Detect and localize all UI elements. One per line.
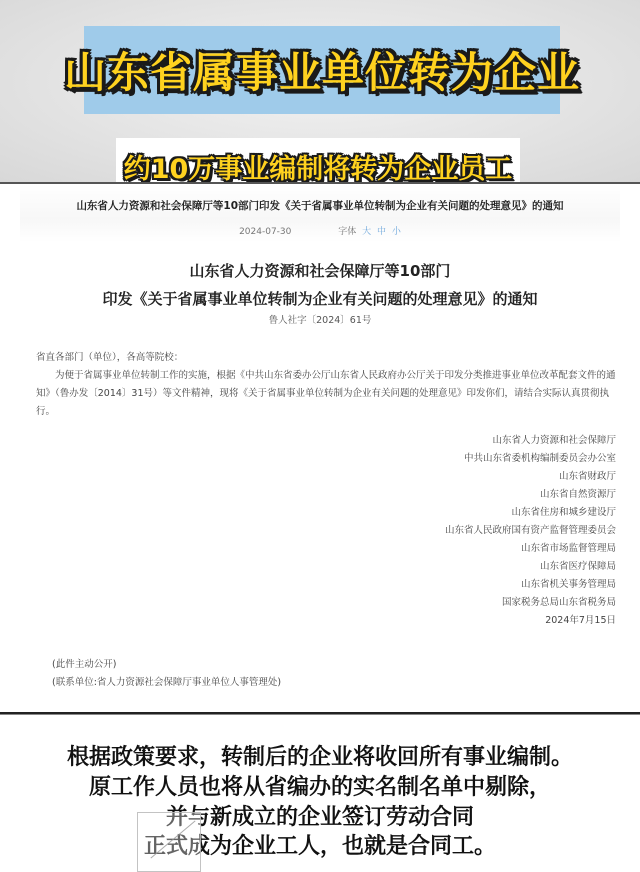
public-notice: (此件主动公开) [52,656,281,674]
page-title: 山东省人力资源和社会保障厅等10部门印发《关于省属事业单位转制为企业有关问题的处… [0,198,640,213]
document-title-line-2: 印发《关于省属事业单位转制为企业有关问题的处理意见》的通知 [0,288,640,309]
contact-unit: (联系单位:省人力资源社会保障厅事业单位人事管理处) [52,674,281,692]
signatory: 山东省医疗保障局 [316,558,616,576]
caption-line: 原工作人员也将从省编办的实名制名单中剔除， [0,770,640,801]
subheadline-text: 约10万事业编制将转为企业员工 [124,147,513,186]
document-title-line-1: 山东省人力资源和社会保障厅等10部门 [0,260,640,281]
signatory: 山东省机关事务管理局 [316,576,616,594]
signatory: 国家税务总局山东省税务局 [316,594,616,612]
signatory: 山东省市场监督管理局 [316,540,616,558]
signatory: 山东省财政厅 [316,468,616,486]
body-paragraph: 为便于省属事业单位转制工作的实施，根据《中共山东省委办公厅山东省人民政府办公厅关… [36,367,626,421]
signatory: 山东省自然资源厅 [316,486,616,504]
signatory: 山东省人民政府国有资产监督管理委员会 [316,522,616,540]
caption-line: 并与新成立的企业签订劳动合同 [0,800,640,831]
publish-date: 2024-07-30 [239,227,291,237]
font-size-large-link[interactable]: 大 [362,227,371,237]
caption-line: 根据政策要求，转制后的企业将收回所有事业编制。 [0,740,640,771]
signatory: 中共山东省委机构编制委员会办公室 [316,450,616,468]
headline-text: 山东省属事业单位转为企业 [64,40,580,100]
footnotes: (此件主动公开) (联系单位:省人力资源社会保障厅事业单位人事管理处) [52,656,281,692]
caption-line: 正式成为企业工人，也就是合同工。 [0,829,640,860]
signatory: 山东省住房和城乡建设厅 [316,504,616,522]
salutation: 省直各部门（单位），各高等院校： [36,349,626,367]
sign-date: 2024年7月15日 [316,612,616,630]
font-size-small-link[interactable]: 小 [392,227,401,237]
watermark-slash-icon [150,820,195,858]
divider [0,712,640,715]
caption-area: 根据政策要求，转制后的企业将收回所有事业编制。 原工作人员也将从省编办的实名制名… [0,716,640,872]
font-size-label: 字体 [338,227,356,237]
headline-banner: 山东省属事业单位转为企业 [84,26,560,114]
watermark-logo-icon [137,812,201,872]
document-panel: 山东省人力资源和社会保障厅等10部门印发《关于省属事业单位转制为企业有关问题的处… [0,182,640,712]
meta-row: 2024-07-30 字体 大 中 小 [0,224,640,237]
banner-area: 山东省属事业单位转为企业 约10万事业编制将转为企业员工 [0,0,640,182]
signatories-list: 山东省人力资源和社会保障厅 中共山东省委机构编制委员会办公室 山东省财政厅 山东… [316,432,616,630]
font-size-medium-link[interactable]: 中 [377,227,386,237]
font-size-control: 字体 大 中 小 [338,224,401,237]
body-paragraph-text: 为便于省属事业单位转制工作的实施，根据《中共山东省委办公厅山东省人民政府办公厅关… [36,370,616,417]
signatory: 山东省人力资源和社会保障厅 [316,432,616,450]
document-number: 鲁人社字〔2024〕61号 [0,312,640,326]
